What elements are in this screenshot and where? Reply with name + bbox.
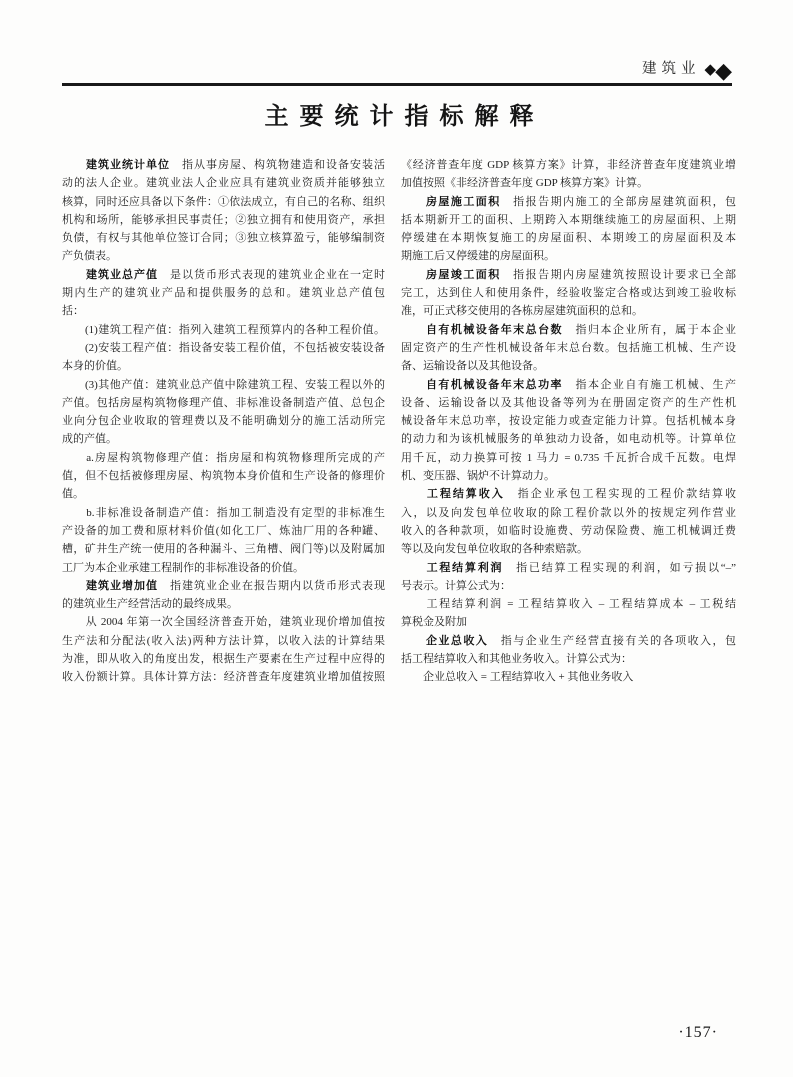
text-line: 工程结算利润 指已结算工程实现的利润，如亏损以“–” [401, 559, 736, 577]
text-run [62, 159, 86, 171]
right-column: 《经济普查年度 GDP 核算方案》计算，非经济普查年度建筑业增加值按照《非经济普… [401, 156, 736, 687]
text-run: 指已结算工程实现的利润，如亏损以“–” [503, 562, 736, 574]
text-line: 完工，达到住人和使用条件，经验收鉴定合格或达到竣工验收标 [401, 284, 736, 302]
text-line: 的动力和为该机械服务的单独动力设备，如电动机等。计算单位 [401, 430, 736, 448]
page-header: 建筑业◆◆ [62, 57, 732, 83]
text-run: 《经济普查年度 GDP 核算方案》计算，非经济普查年度建筑业增 [401, 159, 736, 171]
text-run: 产值。包括房屋构筑物修理产值、非标准设备制造产值、总包企 [62, 397, 385, 409]
text-line: 建筑业统计单位 指从事房屋、构筑物建造和设备安装活 [62, 156, 385, 174]
text-line: 产负债表。 [62, 247, 385, 265]
text-run: 工厂为本企业承建工程制作的非标准设备的价值。 [62, 562, 304, 574]
text-run: 是以货币形式表现的建筑业企业在一定时 [158, 269, 385, 281]
text-run: b.非标准设备制造产值：指加工制造没有定型的非标准生 [62, 507, 385, 519]
text-line: 企业总收入 = 工程结算收入 + 其他业务收入 [401, 668, 736, 686]
term-label: 房屋施工面积 [426, 196, 501, 208]
text-run: 指建筑业企业在报告期内以货币形式表现 [158, 580, 385, 592]
text-line: 械设备年末总功率，按设定能力或查定能力计算。包括机械本身 [401, 412, 736, 430]
text-run: 完工，达到住人和使用条件，经验收鉴定合格或达到竣工验收标 [401, 287, 736, 299]
text-run: (3)其他产值：建筑业总产值中除建筑工程、安装工程以外的 [62, 379, 385, 391]
text-line: 固定资产的生产性机械设备年末总台数。包括施工机械、生产设 [401, 339, 736, 357]
text-line: 值，但不包括被修理房屋、构筑物本身价值和生产设备的修理价 [62, 467, 385, 485]
text-run: 的动力和为该机械服务的单独动力设备，如电动机等。计算单位 [401, 433, 736, 445]
text-run: 机构和场所，能够承担民事责任；②独立拥有和使用资产，承担 [62, 214, 385, 226]
text-run: 的建筑业生产经营活动的最终成果。 [62, 598, 238, 610]
text-run: (2)安装工程产值：指设备安装工程价值，不包括被安装设备 [62, 342, 385, 354]
term-label: 建筑业增加值 [86, 580, 158, 592]
text-run: 期内生产的建筑业产品和提供服务的总和。建筑业总产值包 [62, 287, 385, 299]
text-line: 加值按照《非经济普查年度 GDP 核算方案》计算。 [401, 174, 736, 192]
text-line: 设备、运输设备以及其他设备等列为在册固定资产的生产性机 [401, 394, 736, 412]
text-run: 械设备年末总功率，按设定能力或查定能力计算。包括机械本身 [401, 415, 736, 427]
text-run [401, 635, 426, 647]
text-run: 准，可正式移交使用的各栋房屋建筑面积的总和。 [401, 305, 643, 317]
text-run: 指归本企业所有，属于本企业 [563, 324, 736, 336]
text-line: 建筑业总产值 是以货币形式表现的建筑业企业在一定时 [62, 266, 385, 284]
text-run: 备、运输设备以及其他设备。 [401, 360, 544, 372]
text-run: 指与企业生产经营直接有关的各项收入，包 [488, 635, 736, 647]
text-line: 工厂为本企业承建工程制作的非标准设备的价值。 [62, 559, 385, 577]
text-line: 工程结算利润 = 工程结算收入 – 工程结算成本 – 工税结 [401, 595, 736, 613]
text-run: 号表示。计算公式为： [401, 580, 511, 592]
text-line: 收入份额计算。具体计算方法：经济普查年度建筑业增加值按照 [62, 668, 385, 686]
term-label: 建筑业总产值 [86, 269, 158, 281]
text-line: 《经济普查年度 GDP 核算方案》计算，非经济普查年度建筑业增 [401, 156, 736, 174]
text-run: 等以及向发包单位收取的各种索赔款。 [401, 543, 588, 555]
text-run: 期施工后又停缓建的房屋面积。 [401, 250, 555, 262]
term-label: 工程结算利润 [427, 562, 504, 574]
text-line: 工程结算收入 指企业承包工程实现的工程价款结算收 [401, 485, 736, 503]
text-line: 业向分包企业收取的管理费以及不能明确划分的施工活动所完 [62, 412, 385, 430]
text-line: 机、变压器、锅炉不计算动力。 [401, 467, 736, 485]
section-label: 建筑业 [642, 61, 701, 77]
text-run: (1)建筑工程产值：指列入建筑工程预算内的各种工程价值。 [62, 324, 385, 336]
term-label: 建筑业统计单位 [86, 159, 170, 171]
text-run: 指报告期内房屋建筑按照设计要求已全部 [501, 269, 736, 281]
text-run: 设备、运输设备以及其他设备等列为在册固定资产的生产性机 [401, 397, 736, 409]
text-run: 入，以及向发包单位收取的除工程价款以外的按规定列作营业 [401, 507, 736, 519]
text-line: 机构和场所，能够承担民事责任；②独立拥有和使用资产，承担 [62, 211, 385, 229]
text-line: 括： [62, 302, 385, 320]
text-columns: 建筑业统计单位 指从事房屋、构筑物建造和设备安装活动的法人企业。建筑业法人企业应… [62, 156, 736, 687]
text-line: 成的产值。 [62, 430, 385, 448]
text-run: a.房屋构筑物修理产值：指房屋和构筑物修理所完成的产 [62, 452, 385, 464]
text-run [401, 562, 427, 574]
header-rule [62, 83, 732, 86]
diamond-icon-large: ◆ [715, 59, 732, 84]
text-run: 收入的各种款项，如临时设施费、劳动保险费、施工机械调迁费 [401, 525, 736, 537]
text-run: 动的法人企业。建筑业法人企业应具有建筑业资质并能够独立 [62, 177, 385, 189]
text-run: 停缓建在本期恢复施工的房屋面积、本期竣工的房屋面积及本 [401, 232, 736, 244]
text-line: (1)建筑工程产值：指列入建筑工程预算内的各种工程价值。 [62, 321, 385, 339]
text-line: 动的法人企业。建筑业法人企业应具有建筑业资质并能够独立 [62, 174, 385, 192]
document-page: 建筑业◆◆ 主要统计指标解释 建筑业统计单位 指从事房屋、构筑物建造和设备安装活… [0, 0, 793, 1077]
page-title: 主要统计指标解释 [62, 96, 736, 131]
text-line: 算税金及附加 [401, 613, 736, 631]
text-run: 指从事房屋、构筑物建造和设备安装活 [170, 159, 385, 171]
term-label: 自有机械设备年末总功率 [426, 379, 563, 391]
text-line: 期内生产的建筑业产品和提供服务的总和。建筑业总产值包 [62, 284, 385, 302]
text-line: 自有机械设备年末总台数 指归本企业所有，属于本企业 [401, 321, 736, 339]
text-line: 从 2004 年第一次全国经济普查开始，建筑业现价增加值按 [62, 613, 385, 631]
text-run: 成的产值。 [62, 433, 117, 445]
text-line: 生产法和分配法(收入法)两种方法计算，以收入法的计算结果 [62, 632, 385, 650]
text-line: 槽，矿井生产统一使用的各种漏斗、三角槽、阀门等)以及附属加 [62, 540, 385, 558]
text-line: 本身的价值。 [62, 357, 385, 375]
text-run: 值。 [62, 488, 84, 500]
text-line: 用千瓦，动力换算可按 1 马力 = 0.735 千瓦折合成千瓦数。电焊 [401, 449, 736, 467]
text-run: 槽，矿井生产统一使用的各种漏斗、三角槽、阀门等)以及附属加 [62, 543, 385, 555]
text-run [401, 269, 426, 281]
text-line: 的建筑业生产经营活动的最终成果。 [62, 595, 385, 613]
text-run: 为准，即从收入的角度出发，根据生产要素在生产过程中应得的 [62, 653, 385, 665]
text-run: 指本企业自有施工机械、生产 [563, 379, 736, 391]
text-run: 加值按照《非经济普查年度 GDP 核算方案》计算。 [401, 177, 648, 189]
text-line: 等以及向发包单位收取的各种索赔款。 [401, 540, 736, 558]
text-line: 入，以及向发包单位收取的除工程价款以外的按规定列作营业 [401, 504, 736, 522]
text-line: 准，可正式移交使用的各栋房屋建筑面积的总和。 [401, 302, 736, 320]
text-line: b.非标准设备制造产值：指加工制造没有定型的非标准生 [62, 504, 385, 522]
text-run: 收入份额计算。具体计算方法：经济普查年度建筑业增加值按照 [62, 671, 385, 683]
text-run [62, 580, 86, 592]
text-run: 指报告期内施工的全部房屋建筑面积，包 [501, 196, 736, 208]
term-label: 企业总收入 [426, 635, 488, 647]
text-run: 从 2004 年第一次全国经济普查开始，建筑业现价增加值按 [62, 616, 385, 628]
text-run: 用千瓦，动力换算可按 1 马力 = 0.735 千瓦折合成千瓦数。电焊 [401, 452, 736, 464]
text-run: 机、变压器、锅炉不计算动力。 [401, 470, 555, 482]
text-run: 产设备的加工费和原材料价值(如化工厂、炼油厂用的各种罐、 [62, 525, 385, 537]
text-line: 房屋施工面积 指报告期内施工的全部房屋建筑面积，包 [401, 193, 736, 211]
text-run: 算税金及附加 [401, 616, 467, 628]
text-run: 括工程结算收入和其他业务收入。计算公式为： [401, 653, 632, 665]
text-run: 核算，同时还应具备以下条件：①依法成立，有自己的名称、组织 [62, 196, 385, 208]
text-line: 房屋竣工面积 指报告期内房屋建筑按照设计要求已全部 [401, 266, 736, 284]
text-line: 值。 [62, 485, 385, 503]
text-line: 核算，同时还应具备以下条件：①依法成立，有自己的名称、组织 [62, 193, 385, 211]
text-line: a.房屋构筑物修理产值：指房屋和构筑物修理所完成的产 [62, 449, 385, 467]
text-run: 括本期新开工的面积、上期跨入本期继续施工的房屋面积、上期 [401, 214, 736, 226]
text-line: 备、运输设备以及其他设备。 [401, 357, 736, 375]
text-line: 号表示。计算公式为： [401, 577, 736, 595]
left-column: 建筑业统计单位 指从事房屋、构筑物建造和设备安装活动的法人企业。建筑业法人企业应… [62, 156, 385, 687]
text-line: 为准，即从收入的角度出发，根据生产要素在生产过程中应得的 [62, 650, 385, 668]
text-run [401, 196, 426, 208]
text-run [401, 488, 427, 500]
text-line: 期施工后又停缓建的房屋面积。 [401, 247, 736, 265]
text-line: 企业总收入 指与企业生产经营直接有关的各项收入，包 [401, 632, 736, 650]
text-line: 产值。包括房屋构筑物修理产值、非标准设备制造产值、总包企 [62, 394, 385, 412]
text-run: 本身的价值。 [62, 360, 128, 372]
text-run: 企业总收入 = 工程结算收入 + 其他业务收入 [401, 671, 633, 683]
text-run: 括： [62, 305, 84, 317]
text-line: 自有机械设备年末总功率 指本企业自有施工机械、生产 [401, 376, 736, 394]
text-run: 负债，有权与其他单位签订合同；③独立核算盈亏，能够编制资 [62, 232, 385, 244]
text-run [62, 269, 86, 281]
text-line: 停缓建在本期恢复施工的房屋面积、本期竣工的房屋面积及本 [401, 229, 736, 247]
text-run: 值，但不包括被修理房屋、构筑物本身价值和生产设备的修理价 [62, 470, 385, 482]
text-run [401, 379, 426, 391]
text-run: 生产法和分配法(收入法)两种方法计算，以收入法的计算结果 [62, 635, 385, 647]
text-run: 工程结算利润 = 工程结算收入 – 工程结算成本 – 工税结 [401, 598, 736, 610]
term-label: 工程结算收入 [427, 488, 505, 500]
text-line: (2)安装工程产值：指设备安装工程价值，不包括被安装设备 [62, 339, 385, 357]
text-run: 指企业承包工程实现的工程价款结算收 [505, 488, 736, 500]
text-run: 业向分包企业收取的管理费以及不能明确划分的施工活动所完 [62, 415, 385, 427]
page-number: ·157· [62, 1024, 736, 1042]
text-run: 产负债表。 [62, 250, 117, 262]
term-label: 自有机械设备年末总台数 [426, 324, 563, 336]
text-run [401, 324, 426, 336]
text-line: 负债，有权与其他单位签订合同；③独立核算盈亏，能够编制资 [62, 229, 385, 247]
text-line: 括工程结算收入和其他业务收入。计算公式为： [401, 650, 736, 668]
text-line: 产设备的加工费和原材料价值(如化工厂、炼油厂用的各种罐、 [62, 522, 385, 540]
text-line: 建筑业增加值 指建筑业企业在报告期内以货币形式表现 [62, 577, 385, 595]
text-line: 括本期新开工的面积、上期跨入本期继续施工的房屋面积、上期 [401, 211, 736, 229]
term-label: 房屋竣工面积 [426, 269, 501, 281]
text-line: (3)其他产值：建筑业总产值中除建筑工程、安装工程以外的 [62, 376, 385, 394]
text-line: 收入的各种款项，如临时设施费、劳动保险费、施工机械调迁费 [401, 522, 736, 540]
text-run: 固定资产的生产性机械设备年末总台数。包括施工机械、生产设 [401, 342, 736, 354]
